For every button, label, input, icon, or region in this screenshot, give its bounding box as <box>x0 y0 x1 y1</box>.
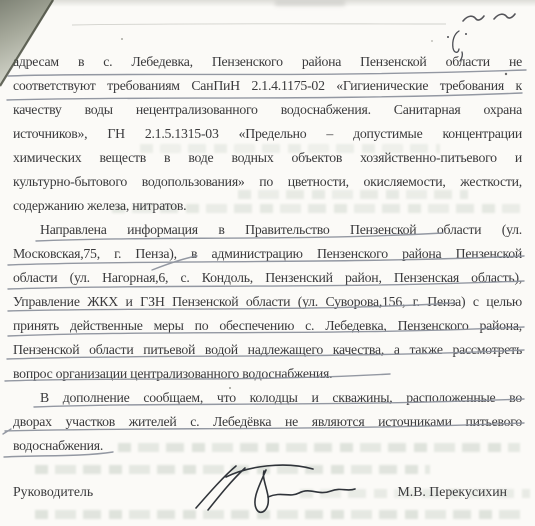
scan-smudge <box>275 0 345 6</box>
bleed-through-text <box>35 465 430 474</box>
underline <box>3 429 11 434</box>
text-line: содержанию железа, нитратов. <box>13 194 522 218</box>
text-line: Направлена информация в Правительство Пе… <box>13 218 522 242</box>
scan-line <box>72 24 446 25</box>
signer-name: М.В. Перекусихин <box>397 480 507 504</box>
text-line: соответствуют требованиям СанПиН 2.1.4.1… <box>13 74 522 98</box>
text-line: В дополнение сообщаем, что колодцы и скв… <box>13 386 522 410</box>
text-line: качеству воды нецентрализованного водосн… <box>13 98 522 122</box>
signature-block: Руководитель М.В. Перекусихин <box>13 480 507 504</box>
signer-role: Руководитель <box>13 480 93 504</box>
text-line: дворах участков жителей с. Лебедёвка не … <box>13 410 522 434</box>
text-line: водоснабжения. <box>13 434 522 458</box>
scan-top-shadow <box>0 0 535 7</box>
speck <box>431 40 433 42</box>
pen-squiggle-icon <box>463 14 515 21</box>
scanned-document-page: адресам в с. Лебедевка, Пензенского райо… <box>0 0 535 526</box>
bleed-through-text <box>35 510 527 519</box>
text-line: принять действенные меры по обеспечению … <box>13 314 522 338</box>
text-line: Московская,75, г. Пенза), в администраци… <box>13 242 522 266</box>
text-line: химических веществ в воде водных объекто… <box>13 146 522 170</box>
text-line: вопрос организации централизованного вод… <box>13 362 522 386</box>
letter-body: адресам в с. Лебедевка, Пензенского райо… <box>13 50 522 458</box>
speck <box>121 38 123 40</box>
text-line: адресам в с. Лебедевка, Пензенского райо… <box>13 50 522 74</box>
text-line: Пензенской области питьевой водой надлеж… <box>13 338 522 362</box>
text-line: области (ул. Нагорная,6, с. Кондоль, Пен… <box>13 266 522 290</box>
text-line: культурно-бытового водопользования» по ц… <box>13 170 522 194</box>
text-line: источников», ГН 2.1.5.1315-03 «Предельно… <box>13 122 522 146</box>
text-line: Управление ЖКХ и ГЗН Пензенской области … <box>13 290 522 314</box>
